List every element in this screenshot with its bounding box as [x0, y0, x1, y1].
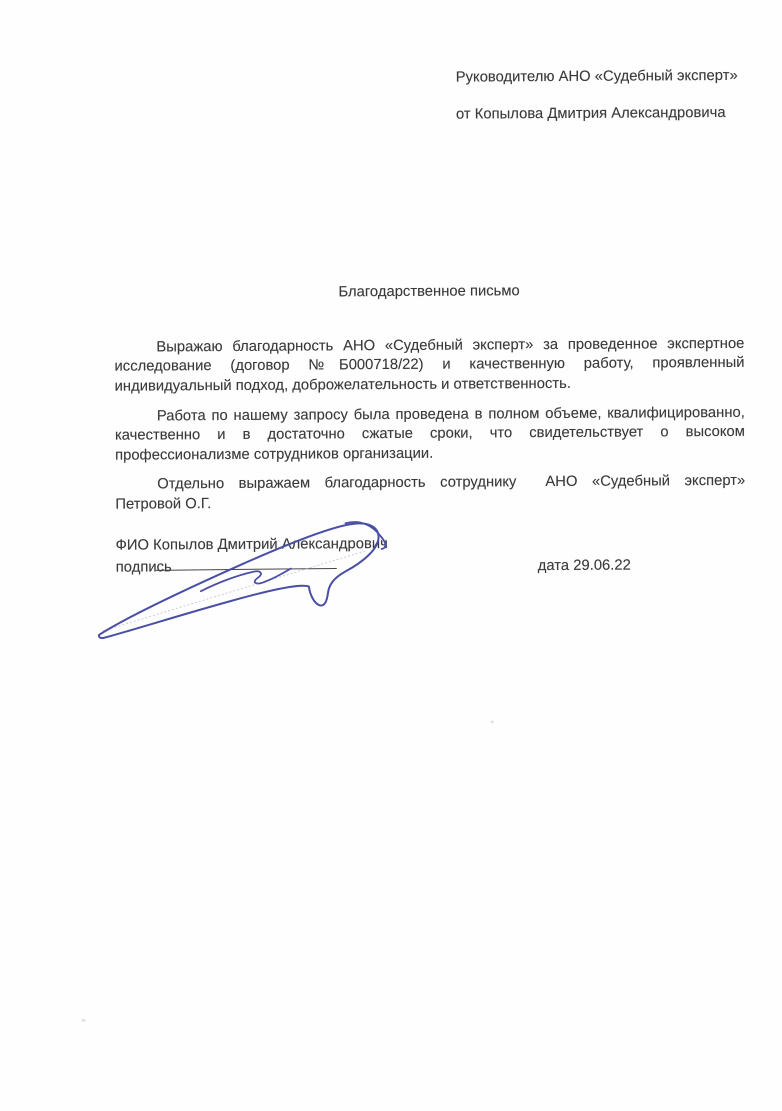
fio-line: ФИО Копылов Дмитрий Александрович: [116, 535, 388, 556]
scan-speck: [82, 1019, 86, 1022]
letter-title: Благодарственное письмо: [114, 281, 744, 304]
sender-line: от Копылова Дмитрия Александровича: [456, 104, 738, 125]
body-paragraph: Отдельно выражаем благодарность сотрудни…: [115, 472, 745, 515]
date-line: дата 29.06.22: [538, 557, 631, 577]
letter-head: Руководителю АНО «Судебный эксперт» от К…: [456, 67, 738, 126]
scan-speck: [491, 720, 494, 723]
signature-flourish-stroke: [201, 569, 291, 592]
signature-line: [156, 568, 337, 571]
letter-content: Руководителю АНО «Судебный эксперт» от К…: [0, 0, 782, 1111]
letter-body: Выражаю благодарность АНО «Судебный эксп…: [114, 335, 745, 526]
body-paragraph: Работа по нашему запросу была проведена …: [115, 404, 745, 466]
letter-page: Руководителю АНО «Судебный эксперт» от К…: [0, 0, 782, 1111]
recipient-line: Руководителю АНО «Судебный эксперт»: [456, 67, 738, 88]
signature-label: подпись: [116, 558, 172, 578]
body-paragraph: Выражаю благодарность АНО «Судебный эксп…: [114, 335, 744, 397]
